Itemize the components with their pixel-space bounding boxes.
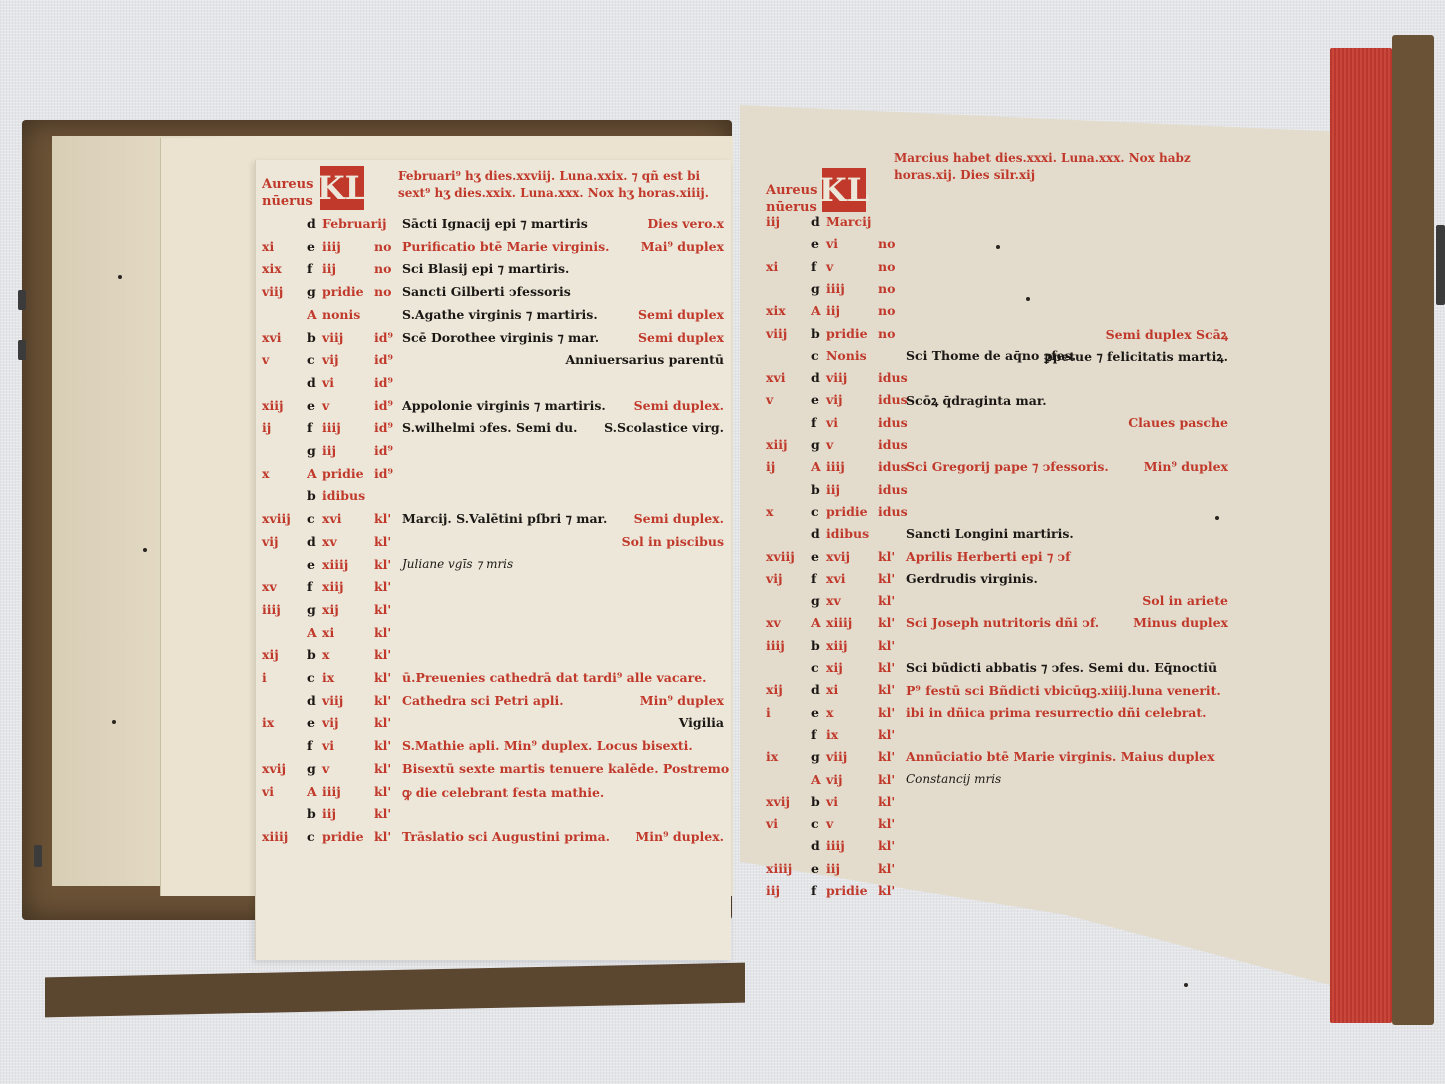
dominical-letter: d: [811, 682, 820, 697]
feast-text: Juliane vgīs ⁊ mris: [402, 557, 513, 571]
right-cover-board: [1392, 35, 1434, 1025]
dominical-letter: d: [811, 214, 820, 229]
roman-day: iij: [322, 261, 336, 276]
calendar-row: vevijidusScōꝝ q̄draginta mar.: [766, 392, 1228, 414]
roman-day: iij: [826, 861, 840, 876]
dominical-letter: e: [811, 861, 819, 876]
calendar-row: viijgpridienoSancti Gilberti ↄfessoris: [262, 284, 724, 307]
roman-day: viij: [322, 693, 343, 708]
calendar-row: vicvkl': [766, 816, 1228, 838]
day-term: kl': [374, 829, 391, 844]
note-text: Sol in piscibus: [622, 534, 724, 549]
roman-day: Februarij: [322, 216, 387, 231]
clasp-mid-icon: [18, 340, 26, 360]
roman-day: vi: [826, 794, 838, 809]
dominical-letter: c: [307, 670, 315, 685]
day-term: kl': [374, 715, 391, 730]
day-term: kl': [878, 571, 895, 586]
day-term: no: [374, 261, 391, 276]
roman-day: idibus: [322, 488, 365, 503]
feast-text: Aprilis Herberti epi ⁊ ↄf: [906, 549, 1071, 564]
calendar-row: iiijbxiijkl': [766, 638, 1228, 660]
golden-number: x: [262, 466, 269, 481]
dominical-letter: d: [307, 216, 316, 231]
roman-day: xij: [826, 660, 843, 675]
dominical-letter: g: [307, 284, 316, 299]
golden-number: vij: [766, 571, 783, 586]
calendar-row: dFebruarijSācti Ignacij epi ⁊ martirisDi…: [262, 216, 724, 239]
header-aureus: Aureus: [262, 176, 320, 193]
clasp-right-icon: [1436, 225, 1445, 305]
roman-day: xij: [322, 602, 339, 617]
note-text: Semi duplex Scāꝝ: [1106, 326, 1228, 343]
dominical-letter: f: [811, 883, 816, 898]
dominical-letter: e: [811, 705, 819, 720]
dominical-letter: d: [811, 838, 820, 853]
golden-number: xix: [766, 303, 786, 318]
day-term: kl': [878, 727, 895, 742]
golden-number-header: Aureus nūerus: [262, 176, 320, 210]
roman-day: vij: [826, 392, 843, 407]
dominical-letter: f: [811, 259, 816, 274]
feast-text: Sancti Gilberti ↄfessoris: [402, 284, 571, 299]
day-term: idus: [878, 482, 908, 497]
note-text: Semi duplex.: [634, 398, 724, 413]
dominical-letter: b: [811, 794, 820, 809]
calendar-row: evino: [766, 236, 1228, 258]
calendar-row: ixevijkl'Vigilia: [262, 715, 724, 738]
calendar-row: xcpridieidus: [766, 504, 1228, 526]
day-term: idus: [878, 370, 908, 385]
roman-day: v: [826, 816, 833, 831]
roman-day: xvi: [826, 571, 845, 586]
calendar-row: xvibviijid⁹Scē Dorothee virginis ⁊ mar.S…: [262, 330, 724, 353]
roman-day: iij: [322, 806, 336, 821]
feast-text: P⁹ festū sci Bñdicti vbicūqꝫ.xiiij.luna …: [906, 682, 1221, 699]
calendar-row: xvAxiiijkl'Sci Joseph nutritoris dñi ↄf.…: [766, 615, 1228, 637]
calendar-row: xviijcxvikl'Marcij. S.Valētini pſbri ⁊ m…: [262, 511, 724, 534]
day-term: id⁹: [374, 466, 393, 481]
feast-text: S.wilhelmi ↄfes. Semi du.: [402, 420, 577, 435]
day-term: kl': [878, 682, 895, 697]
feast-text: Sci būdicti abbatis ⁊ ↄfes. Semi du. Eq̄…: [906, 660, 1217, 675]
roman-day: idibus: [826, 526, 869, 541]
roman-day: iiij: [322, 239, 341, 254]
dominical-letter: c: [811, 504, 819, 519]
dominical-letter: g: [811, 437, 820, 452]
calendar-row: biijidus: [766, 482, 1228, 504]
day-term: kl': [878, 794, 895, 809]
calendar-row: iexkl'ibi in dñica prima resurrectio dñi…: [766, 705, 1228, 727]
dominical-letter: e: [811, 236, 819, 251]
roman-day: pridie: [322, 829, 364, 844]
day-term: kl': [374, 647, 391, 662]
dominical-letter: c: [811, 816, 819, 831]
day-term: kl': [374, 557, 391, 572]
note-text: Semi duplex.: [634, 511, 724, 526]
note-text: S.Scolastice virg.: [604, 420, 724, 435]
worm-hole: [112, 720, 116, 724]
feast-text: Trāslatio sci Augustini prima.: [402, 829, 610, 844]
roman-day: xi: [322, 625, 334, 640]
roman-day: ix: [826, 727, 838, 742]
kl-initial: KL: [822, 168, 866, 212]
golden-number: xi: [262, 239, 274, 254]
day-term: kl': [878, 593, 895, 608]
golden-number: iij: [766, 214, 780, 229]
month-header-line: Marcius habet dies.xxxi. Luna.xxx. Nox h…: [894, 150, 1191, 167]
roman-day: Nonis: [826, 348, 867, 363]
dominical-letter: e: [307, 398, 315, 413]
roman-day: iiij: [826, 838, 845, 853]
march-calendar-page: Aureus nūerus KL Marcius habet dies.xxxi…: [766, 172, 1228, 912]
feast-text: ꝙ die celebrant festa mathie.: [402, 784, 604, 801]
day-term: no: [878, 236, 895, 251]
feast-text: S.Mathie apli. Min⁹ duplex. Locus bisext…: [402, 738, 693, 753]
dominical-letter: b: [307, 488, 316, 503]
calendar-row: xiijevid⁹Appolonie virginis ⁊ martiris.S…: [262, 398, 724, 421]
calendar-row: ijAiiijidusSci Gregorij pape ⁊ ↄfessoris…: [766, 459, 1228, 481]
day-term: no: [374, 239, 391, 254]
feast-text: Scē Dorothee virginis ⁊ mar.: [402, 330, 599, 345]
dominical-letter: A: [307, 307, 317, 322]
calendar-row: dviijkl'Cathedra sci Petri apli.Min⁹ dup…: [262, 693, 724, 716]
calendar-row: exiiijkl'Juliane vgīs ⁊ mris: [262, 557, 724, 580]
note-text: Minus duplex: [1133, 615, 1228, 630]
calendar-row: vcvijid⁹Anniuersarius parentū: [262, 352, 724, 375]
feast-text: Sci Gregorij pape ⁊ ↄfessoris.: [906, 459, 1109, 474]
note-text: Semi duplex: [638, 330, 724, 345]
roman-day: xiiij: [826, 615, 852, 630]
calendar-row: biijkl': [262, 806, 724, 829]
calendar-row: xvidviijidus: [766, 370, 1228, 392]
calendar-row: giiijno: [766, 281, 1228, 303]
note-text: Semi duplex: [638, 307, 724, 322]
feast-text: ibi in dñica prima resurrectio dñi celeb…: [906, 705, 1207, 720]
golden-number: x: [766, 504, 773, 519]
dominical-letter: b: [307, 806, 316, 821]
feast-text: Sci Joseph nutritoris dñi ↄf.: [906, 615, 1099, 630]
dominical-letter: f: [307, 420, 312, 435]
calendar-row: gxvkl'Sol in ariete: [766, 593, 1228, 615]
calendar-row: xijbxkl': [262, 647, 724, 670]
dominical-letter: g: [811, 593, 820, 608]
roman-day: pridie: [322, 284, 364, 299]
calendar-row: cNonisSci Thome de aq̄no ↄfes.ꝑpetue ⁊ f…: [766, 348, 1228, 370]
month-header-line: horas.xij. Dies sīlr.xij: [894, 167, 1191, 184]
golden-number: i: [766, 705, 771, 720]
calendar-row: icixkl'ū.Preuenies cathedrā dat tardi⁹ a…: [262, 670, 724, 693]
day-term: no: [878, 303, 895, 318]
golden-number: xv: [262, 579, 277, 594]
calendar-row: ixgviijkl'Annūciatio btē Marie virginis.…: [766, 749, 1228, 771]
golden-number: vi: [262, 784, 274, 799]
clasp-top-icon: [18, 290, 26, 310]
roman-day: vi: [322, 738, 334, 753]
roman-day: nonis: [322, 307, 360, 322]
golden-number: xviij: [262, 511, 291, 526]
roman-day: vij: [322, 715, 339, 730]
day-term: no: [878, 326, 895, 341]
roman-day: xiiij: [322, 557, 348, 572]
roman-day: viij: [826, 749, 847, 764]
calendar-row: iijfpridiekl': [766, 883, 1228, 905]
dominical-letter: f: [811, 727, 816, 742]
red-fore-edge: [1330, 48, 1392, 1023]
dominical-letter: f: [307, 261, 312, 276]
dominical-letter: e: [307, 715, 315, 730]
worm-hole: [143, 548, 147, 552]
dominical-letter: c: [811, 348, 819, 363]
golden-number: xiiij: [766, 861, 792, 876]
day-term: kl': [374, 784, 391, 799]
feast-text: Annūciatio btē Marie virginis. Maius dup…: [906, 749, 1215, 764]
february-calendar-page: Aureus nūerus KL Februari⁹ hʒ dies.xxvii…: [262, 172, 724, 852]
roman-day: xiij: [322, 579, 343, 594]
calendar-row: vijdxvkl'Sol in piscibus: [262, 534, 724, 557]
dominical-letter: g: [811, 281, 820, 296]
feast-text: Sancti Longini martiris.: [906, 526, 1074, 541]
golden-number: iij: [766, 883, 780, 898]
calendar-row: xviijexvijkl'Aprilis Herberti epi ⁊ ↄf: [766, 549, 1228, 571]
calendar-row: vijfxvikl'Gerdrudis virginis.: [766, 571, 1228, 593]
day-term: id⁹: [374, 420, 393, 435]
dominical-letter: g: [811, 749, 820, 764]
golden-number: v: [262, 352, 269, 367]
day-term: idus: [878, 392, 908, 407]
day-term: kl': [374, 806, 391, 821]
header-aureus: Aureus: [766, 182, 824, 199]
calendar-row: xiiijcpridiekl'Trāslatio sci Augustini p…: [262, 829, 724, 852]
month-header: Marcius habet dies.xxxi. Luna.xxx. Nox h…: [894, 150, 1191, 184]
roman-day: vi: [826, 415, 838, 430]
feast-text: S.Agathe virginis ⁊ martiris.: [402, 307, 598, 322]
golden-number: xv: [766, 615, 781, 630]
golden-number: xix: [262, 261, 282, 276]
golden-number: xiij: [766, 437, 787, 452]
calendar-row: xvijgvkl'Bisextū sexte martis tenuere ka…: [262, 761, 724, 784]
golden-number: xvij: [262, 761, 286, 776]
golden-number: xiiij: [262, 829, 288, 844]
roman-day: xiij: [826, 638, 847, 653]
dominical-letter: e: [307, 557, 315, 572]
day-term: no: [878, 259, 895, 274]
roman-day: v: [826, 259, 833, 274]
calendar-row: diiijkl': [766, 838, 1228, 860]
calendar-row: xApridieid⁹: [262, 466, 724, 489]
day-term: kl': [878, 705, 895, 720]
day-term: kl': [878, 749, 895, 764]
roman-day: pridie: [826, 504, 868, 519]
calendar-row: dviid⁹: [262, 375, 724, 398]
calendar-row: AnonisS.Agathe virginis ⁊ martiris.Semi …: [262, 307, 724, 330]
golden-number-header: Aureus nūerus: [766, 182, 824, 216]
roman-day: v: [826, 437, 833, 452]
roman-day: xv: [322, 534, 337, 549]
header-numerus: nūerus: [262, 193, 320, 210]
day-term: kl': [878, 772, 895, 787]
dominical-letter: A: [811, 615, 821, 630]
dominical-letter: A: [811, 459, 821, 474]
golden-number: v: [766, 392, 773, 407]
day-term: kl': [374, 625, 391, 640]
roman-day: vij: [826, 772, 843, 787]
roman-day: iiij: [322, 784, 341, 799]
roman-day: iiij: [826, 459, 845, 474]
calendar-row: xixAiijno: [766, 303, 1228, 325]
golden-number: iiij: [262, 602, 281, 617]
dominical-letter: c: [307, 352, 315, 367]
worm-hole: [1184, 983, 1188, 987]
roman-day: vi: [826, 236, 838, 251]
dominical-letter: b: [811, 482, 820, 497]
dominical-letter: d: [307, 534, 316, 549]
dominical-letter: f: [811, 415, 816, 430]
day-term: idus: [878, 437, 908, 452]
day-term: kl': [374, 670, 391, 685]
dominical-letter: b: [307, 330, 316, 345]
note-text: Vigilia: [679, 715, 724, 730]
dominical-letter: A: [307, 784, 317, 799]
day-term: kl': [374, 511, 391, 526]
month-header-line: sext⁹ hʒ dies.xxix. Luna.xxx. Nox hʒ hor…: [398, 185, 709, 202]
day-term: id⁹: [374, 375, 393, 390]
roman-day: iij: [826, 303, 840, 318]
roman-day: vi: [322, 375, 334, 390]
golden-number: ij: [262, 420, 271, 435]
dominical-letter: d: [811, 526, 820, 541]
note-text: Min⁹ duplex.: [635, 829, 724, 844]
golden-number: xviij: [766, 549, 795, 564]
calendar-row: xvijbvikl': [766, 794, 1228, 816]
calendar-row: Axikl': [262, 625, 724, 648]
day-term: kl': [374, 579, 391, 594]
golden-number: ij: [766, 459, 775, 474]
dominical-letter: c: [307, 511, 315, 526]
calendar-row: giijid⁹: [262, 443, 724, 466]
day-term: id⁹: [374, 443, 393, 458]
day-term: no: [878, 281, 895, 296]
calendar-row: Avijkl'Constancij mris: [766, 772, 1228, 794]
golden-number: vi: [766, 816, 778, 831]
calendar-row: fvikl'S.Mathie apli. Min⁹ duplex. Locus …: [262, 738, 724, 761]
note-text: Min⁹ duplex: [1144, 459, 1228, 474]
dominical-letter: d: [811, 370, 820, 385]
dominical-letter: f: [307, 579, 312, 594]
feast-text: Appolonie virginis ⁊ martiris.: [402, 398, 606, 413]
dominical-letter: A: [307, 466, 317, 481]
roman-day: xvi: [322, 511, 341, 526]
day-term: kl': [878, 615, 895, 630]
golden-number: xvij: [766, 794, 790, 809]
dominical-letter: b: [307, 647, 316, 662]
calendar-row: xieiiijnoPurificatio btē Marie virginis.…: [262, 239, 724, 262]
day-term: id⁹: [374, 398, 393, 413]
golden-number: xij: [262, 647, 279, 662]
day-term: kl': [374, 738, 391, 753]
feast-text: Gerdrudis virginis.: [906, 571, 1038, 586]
dominical-letter: g: [307, 761, 316, 776]
day-term: kl': [878, 861, 895, 876]
day-term: idus: [878, 459, 908, 474]
note-text: Anniuersarius parentū: [565, 352, 724, 367]
golden-number: ix: [766, 749, 778, 764]
day-term: kl': [878, 549, 895, 564]
golden-number: xvi: [262, 330, 281, 345]
roman-day: x: [322, 647, 329, 662]
golden-number: xiij: [262, 398, 283, 413]
calendar-row: xvfxiijkl': [262, 579, 724, 602]
note-text: Claues pasche: [1128, 415, 1228, 430]
dominical-letter: c: [307, 829, 315, 844]
calendar-row: cxijkl'Sci būdicti abbatis ⁊ ↄfes. Semi …: [766, 660, 1228, 682]
dominical-letter: b: [811, 638, 820, 653]
day-term: kl': [878, 660, 895, 675]
calendar-row: xifvno: [766, 259, 1228, 281]
calendar-row: viijbpridienoSemi duplex Scāꝝ: [766, 326, 1228, 348]
month-header: Februari⁹ hʒ dies.xxviij. Luna.xxix. ⁊ q…: [398, 168, 709, 202]
feast-text: Bisextū sexte martis tenuere kalēde. Pos…: [402, 761, 729, 776]
note-text: Min⁹ duplex: [640, 693, 724, 708]
day-term: id⁹: [374, 330, 393, 345]
feast-text: Sci Blasij epi ⁊ martiris.: [402, 261, 569, 276]
day-term: id⁹: [374, 352, 393, 367]
roman-day: xv: [826, 593, 841, 608]
dominical-letter: d: [307, 693, 316, 708]
month-header-line: Februari⁹ hʒ dies.xxviij. Luna.xxix. ⁊ q…: [398, 168, 709, 185]
golden-number: iiij: [766, 638, 785, 653]
dominical-letter: e: [307, 239, 315, 254]
roman-day: ix: [322, 670, 334, 685]
feast-text: Purificatio btē Marie virginis.: [402, 239, 610, 254]
dominical-letter: e: [811, 549, 819, 564]
golden-number: vij: [262, 534, 279, 549]
calendar-row: fixkl': [766, 727, 1228, 749]
roman-day: xvij: [826, 549, 850, 564]
dominical-letter: A: [811, 772, 821, 787]
roman-day: pridie: [826, 883, 868, 898]
dominical-letter: g: [307, 602, 316, 617]
roman-day: vij: [322, 352, 339, 367]
roman-day: iij: [826, 482, 840, 497]
note-text: Mai⁹ duplex: [641, 239, 724, 254]
day-term: kl': [878, 816, 895, 831]
roman-day: v: [322, 761, 329, 776]
golden-number: i: [262, 670, 267, 685]
day-term: kl': [878, 838, 895, 853]
calendar-row: xijdxikl'P⁹ festū sci Bñdicti vbicūqꝫ.xi…: [766, 682, 1228, 704]
clasp-bottom-icon: [34, 845, 42, 867]
day-term: kl': [374, 602, 391, 617]
calendar-row: iiijgxijkl': [262, 602, 724, 625]
golden-number: ix: [262, 715, 274, 730]
roman-day: iij: [322, 443, 336, 458]
note-text: Dies vero.x: [647, 216, 724, 231]
roman-day: iiij: [322, 420, 341, 435]
dominical-letter: c: [811, 660, 819, 675]
feast-text: ū.Preuenies cathedrā dat tardi⁹ alle vac…: [402, 670, 707, 685]
calendar-row: viAiiijkl'ꝙ die celebrant festa mathie.: [262, 784, 724, 807]
day-term: kl': [878, 638, 895, 653]
roman-day: iiij: [826, 281, 845, 296]
dominical-letter: d: [307, 375, 316, 390]
feast-text: Cathedra sci Petri apli.: [402, 693, 564, 708]
calendar-row: xiiijeiijkl': [766, 861, 1228, 883]
roman-day: pridie: [826, 326, 868, 341]
roman-day: viij: [322, 330, 343, 345]
kl-initial: KL: [320, 166, 364, 210]
note-text: Sol in ariete: [1142, 593, 1228, 608]
